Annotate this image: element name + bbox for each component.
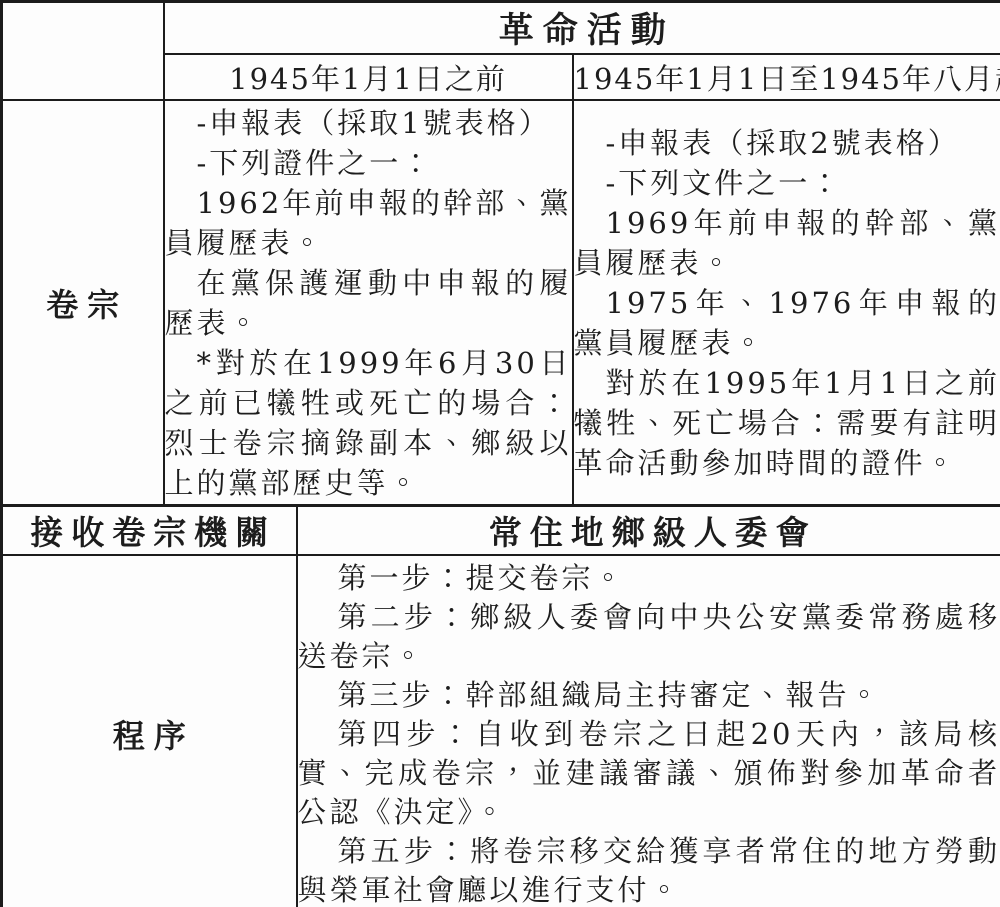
procedure-table: 接收卷宗機關 常住地鄉級人委會 程序 第一步：提交卷宗。第二步：鄉級人委會向中央…	[0, 504, 1000, 907]
receiving-agency-value: 常住地鄉級人委會	[297, 506, 1000, 556]
table-title: 革命活動	[164, 2, 1000, 55]
row-label-procedure: 程序	[2, 555, 297, 907]
paragraph: 1962年前申報的幹部、黨員履歷表。	[165, 183, 572, 263]
title-row: 革命活動	[2, 2, 1000, 55]
paragraph: 1975年、1976年申報的黨員履歷表。	[574, 283, 1000, 363]
empty-corner-cell	[2, 2, 164, 101]
paragraph: 第四步：自收到卷宗之日起20天內，該局核實、完成卷宗，並建議審議、頒佈對參加革命…	[298, 715, 1000, 832]
paragraph: -申報表（採取2號表格）	[574, 123, 1000, 163]
column-header-before-1945: 1945年1月1日之前	[164, 54, 573, 100]
dossier-before-1945-cell: -申報表（採取1號表格）-下列證件之一：1962年前申報的幹部、黨員履歷表。在黨…	[164, 100, 573, 506]
paragraph: 第二步：鄉級人委會向中央公安黨委常務處移送卷宗。	[298, 598, 1000, 676]
paragraph: 在黨保護運動中申報的履歷表。	[165, 263, 572, 343]
procedure-steps-cell: 第一步：提交卷宗。第二步：鄉級人委會向中央公安黨委常務處移送卷宗。第三步：幹部組…	[297, 555, 1000, 907]
paragraph: -下列證件之一：	[165, 143, 572, 183]
dossier-row: 卷宗 -申報表（採取1號表格）-下列證件之一：1962年前申報的幹部、黨員履歷表…	[2, 100, 1000, 506]
dossier-from-1945-cell: -申報表（採取2號表格）-下列文件之一：1969年前申報的幹部、黨員履歷表。19…	[573, 100, 1000, 506]
receiving-agency-row: 接收卷宗機關 常住地鄉級人委會	[2, 506, 1000, 556]
row-label-dossier: 卷宗	[2, 100, 164, 506]
row-label-receiving-agency: 接收卷宗機關	[2, 506, 297, 556]
paragraph: 1969年前申報的幹部、黨員履歷表。	[574, 203, 1000, 283]
column-header-1945-to-august-uprising: 1945年1月1日至1945年八月起義	[573, 54, 1000, 100]
scanned-document-page: 革命活動 1945年1月1日之前 1945年1月1日至1945年八月起義 卷宗 …	[0, 0, 1000, 907]
revolutionary-activity-table: 革命活動 1945年1月1日之前 1945年1月1日至1945年八月起義 卷宗 …	[0, 0, 1000, 507]
procedure-row: 程序 第一步：提交卷宗。第二步：鄉級人委會向中央公安黨委常務處移送卷宗。第三步：…	[2, 555, 1000, 907]
paragraph: -申報表（採取1號表格）	[165, 103, 572, 143]
paragraph: 第一步：提交卷宗。	[298, 559, 1000, 598]
paragraph: 對於在1995年1月1日之前犧牲、死亡場合：需要有註明革命活動參加時間的證件。	[574, 363, 1000, 483]
paragraph: 第三步：幹部組織局主持審定、報告。	[298, 676, 1000, 715]
paragraph: 第五步：將卷宗移交給獲享者常住的地方勞動與榮軍社會廳以進行支付。	[298, 832, 1000, 907]
paragraph: *對於在1999年6月30日之前已犧牲或死亡的場合：烈士卷宗摘錄副本、鄉級以上的…	[165, 343, 572, 503]
paragraph: -下列文件之一：	[574, 163, 1000, 203]
